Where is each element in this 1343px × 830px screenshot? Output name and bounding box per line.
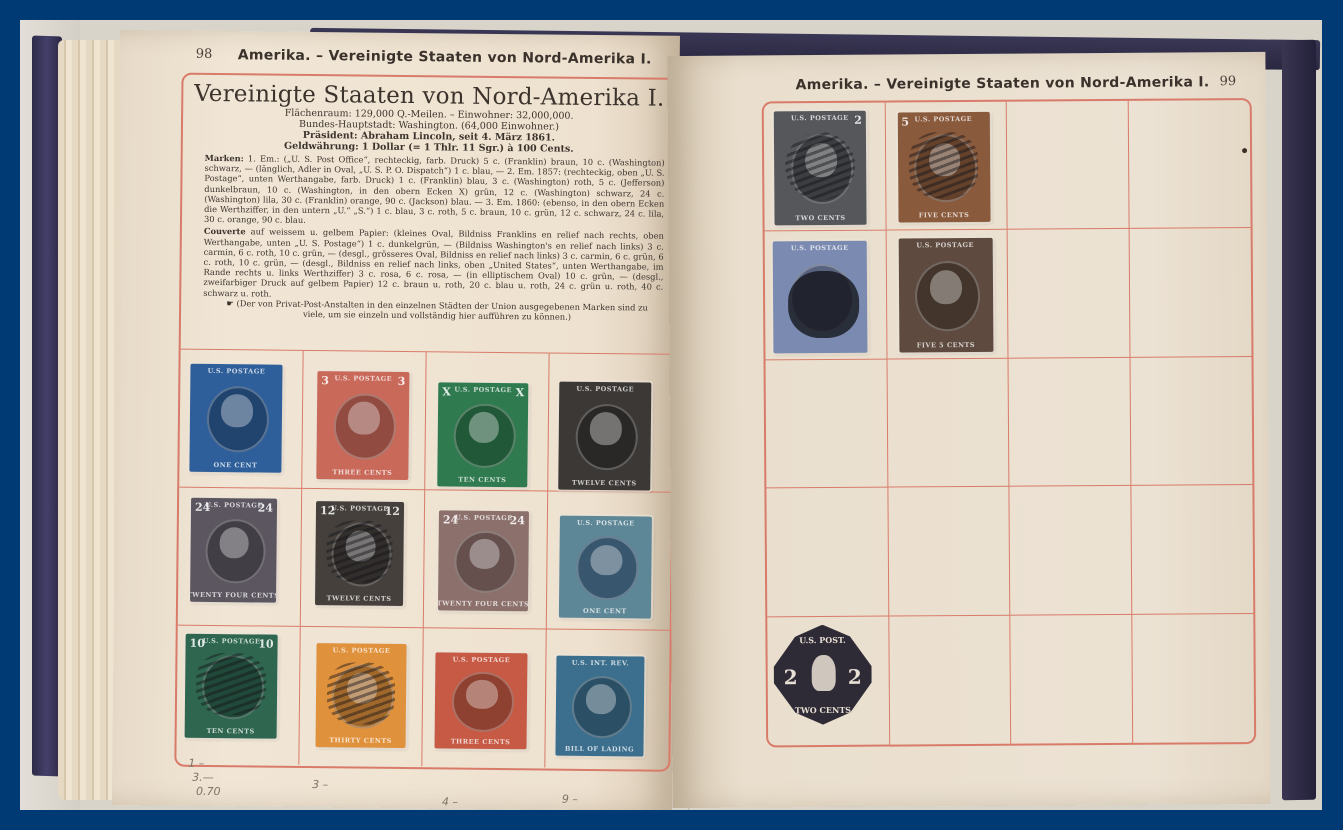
stamp-slot: 2 U.S. POSTAGE TWO CENTS [764,103,886,232]
stamp-bottom-text: THREE CENTS [451,735,511,750]
stamp-slot-empty [1009,486,1131,615]
marken-paragraph: Marken: 1. Em.: („U. S. Post Office“, re… [182,151,675,230]
stamp-slot: U.S. POSTAGE ONE CENT [179,350,303,489]
stamp-frame-right: 2 U.S. POSTAGE TWO CENTS 5 U.S. POSTAGE … [762,98,1256,747]
stamp-top-text: U.S. POSTAGE [203,634,261,649]
stamp-bottom-text: THIRTY CENTS [329,733,392,748]
stamp-value: 3 [321,374,329,387]
stamp-slot-empty [1129,228,1251,357]
stamp-bottom-text: TWENTY FOUR CENTS [438,596,529,611]
stamp: U.S. POSTAGE [773,241,868,354]
stamp-slot: U.S. POST. 2 2 TWO CENTS [767,616,889,745]
stamp-slot-empty [1130,357,1252,486]
stamp-bottom-text: TWO CENTS [795,211,845,225]
stamp-bottom-text: TWELVE CENTS [572,476,637,491]
stamp-top-text: U.S. POSTAGE [454,383,512,398]
pencil-note: 4 – [442,795,458,808]
stamp-value: X [442,385,451,398]
stamp-value: 3 [398,375,406,388]
stamp-slot-empty [1008,229,1130,358]
stamp-slot: U.S. POSTAGE TWELVE CENTS [548,354,672,493]
stamp-top-text: U.S. POSTAGE [914,112,972,126]
stamp-slot-empty [1132,614,1254,743]
stamp: U.S. INT. REV. BILL OF LADING [555,656,644,757]
stamp-slot: 5 U.S. POSTAGE FIVE CENTS [885,102,1007,231]
stamp: 12 12 U.S. POSTAGE TWELVE CENTS [315,501,404,606]
left-page: 98 Amerika. – Vereinigte Staaten von Nor… [112,30,680,810]
stamp-slot-empty [1007,101,1129,230]
stamp-value: X [516,386,525,399]
stamp-bottom-text: ONE CENT [214,458,258,472]
stamp-top-text: U.S. POSTAGE [334,371,392,386]
stamp-slot: 12 12 U.S. POSTAGE TWELVE CENTS [301,489,425,628]
stamp: 5 U.S. POSTAGE FIVE CENTS [897,112,990,223]
stamp-bottom-text: TEN CENTS [207,724,255,739]
stamp-top-text: U.S. POSTAGE [453,653,511,668]
stamp-bottom-text: FIVE CENTS [919,208,970,222]
stamp-bottom-text: TWO CENTS [795,694,851,724]
stamp-top-text: U.S. POSTAGE [208,364,266,379]
stamp: U.S. POSTAGE ONE CENT [189,364,282,473]
stamp-slot: U.S. INT. REV. BILL OF LADING [545,630,669,769]
portrait-bust-icon [812,655,836,691]
stamp: U.S. POSTAGE THIRTY CENTS [316,643,407,748]
pencil-note: 1 – [188,757,204,770]
stamp-top-text: FIVE 5 CENTS [917,338,975,352]
page-title: Vereinigte Staaten von Nord-Amerika I. [183,81,675,112]
description-block: Vereinigte Staaten von Nord-Amerika I. F… [181,75,676,323]
stamp-slot-empty [1010,614,1132,743]
stamp-slot: U.S. POSTAGE ONE CENT [547,492,671,631]
pencil-note: 0.70 [196,785,221,798]
right-page: Amerika. – Vereinigte Staaten von Nord-A… [667,52,1270,808]
stamp: U.S. POSTAGE THREE CENTS [434,652,527,749]
stamp-value: 10 [258,637,273,650]
stamp-top-text: U.S. POSTAGE [791,111,849,125]
envelope-cut-stamp: U.S. POST. 2 2 TWO CENTS [773,624,872,725]
stamp-top-text: U.S. INT. REV. [572,656,630,671]
marken-text: 1. Em.: („U. S. Post Office“, rechteckig… [204,153,665,225]
stamp-slot: X X U.S. POSTAGE TEN CENTS [425,352,549,491]
pencil-note: 3.— [192,771,214,784]
stamp-bottom-text: TEN CENTS [458,473,506,488]
page-number-left: 98 [196,47,213,62]
pencil-note: 9 – [562,793,578,806]
stamp-slot: U.S. POSTAGE [765,231,887,360]
note-text: (Der von Privat-Post-Anstalten in den ei… [236,298,647,322]
marken-label: Marken: [205,153,244,163]
stamp: 10 10 U.S. POSTAGE TEN CENTS [185,634,278,739]
stamp-slot-empty [888,487,1010,616]
stamp: FIVE 5 CENTS U.S. POSTAGE [898,238,993,353]
stamp-top-text: U.S. POSTAGE [455,511,513,526]
pointing-hand-icon: ☛ [226,298,234,308]
stamp: U.S. POSTAGE ONE CENT [559,516,652,619]
stamp-slot-empty [766,359,888,488]
stamp-top-text: U.S. POSTAGE [577,516,635,531]
stamp-slot: U.S. POSTAGE THREE CENTS [422,628,546,767]
stamp-value: 2 [848,664,862,688]
stamp-bottom-text: BILL OF LADING [565,742,634,757]
stamp-slot-empty [1009,358,1131,487]
stamp-bottom-text: U.S. POSTAGE [916,238,974,252]
description-frame: Vereinigte Staaten von Nord-Amerika I. F… [174,73,677,772]
stamp-slot-empty [766,488,888,617]
stamp-slot-empty [889,615,1011,744]
running-head-left: Amerika. – Vereinigte Staaten von Nord-A… [238,47,652,67]
stamp-slot-empty [1131,485,1253,614]
stamp: 24 24 U.S. POSTAGE TWENTY FOUR CENTS [438,510,529,611]
page-number-right: 99 [1220,74,1237,89]
stamp-value: 2 [854,114,862,127]
stamp-bottom-text: TWELVE CENTS [327,591,392,606]
running-head-right: Amerika. – Vereinigte Staaten von Nord-A… [796,74,1210,93]
album-cover-right [1282,40,1316,801]
stamp-slot: U.S. POSTAGE THIRTY CENTS [299,627,423,766]
photo: 98 Amerika. – Vereinigte Staaten von Nor… [20,20,1322,810]
stamp-top-text: U.S. POST. [799,624,846,654]
stamp-value: 5 [901,115,909,128]
stamp-slot-empty [887,359,1009,488]
stamp: 3 3 U.S. POSTAGE THREE CENTS [316,371,409,480]
stamp-slot: 3 3 U.S. POSTAGE THREE CENTS [302,351,426,490]
stamp-slot: 24 24 U.S. POSTAGE TWENTY FOUR CENTS [424,490,548,629]
couverte-label: Couverte [204,226,246,236]
stamp-bottom-text: THREE CENTS [332,465,392,480]
stamp-grid-left: U.S. POSTAGE ONE CENT 3 3 U.S. POSTAGE T… [176,349,672,769]
stamp: 24 24 U.S. POSTAGE TWENTY FOUR CENTS [190,498,277,603]
stamp: X X U.S. POSTAGE TEN CENTS [437,382,528,487]
stamp: U.S. POSTAGE TWELVE CENTS [558,382,651,491]
stamp-slot: 24 24 U.S. POSTAGE TWENTY FOUR CENTS [178,488,302,627]
couverte-paragraph: Couverte auf weissem u. gelbem Papier: (… [181,224,674,303]
stamp: 2 U.S. POSTAGE TWO CENTS [774,111,867,226]
stamp-bottom-text: TWENTY FOUR CENTS [190,588,277,603]
stamp-slot-empty [1128,100,1250,229]
stamp-slot: 10 10 U.S. POSTAGE TEN CENTS [176,626,300,765]
stamp-slot: FIVE 5 CENTS U.S. POSTAGE [886,230,1008,359]
note-paragraph: ☛ (Der von Privat-Post-Anstalten in den … [181,297,673,323]
stamp-top-text: U.S. POSTAGE [576,382,634,397]
stamp-value: 2 [784,665,798,689]
stamp-top-text: U.S. POSTAGE [333,643,391,658]
couverte-text: auf weissem u. gelbem Papier: (kleines O… [203,227,664,298]
stamp-top-text: U.S. POSTAGE [331,501,389,516]
pencil-note: 3 – [312,778,328,791]
stamp-grid-right: 2 U.S. POSTAGE TWO CENTS 5 U.S. POSTAGE … [764,100,1254,745]
stamp-top-text: U.S. POSTAGE [791,241,849,255]
stamp-bottom-text: ONE CENT [583,604,627,618]
stamp-top-text: U.S. POSTAGE [205,498,263,513]
